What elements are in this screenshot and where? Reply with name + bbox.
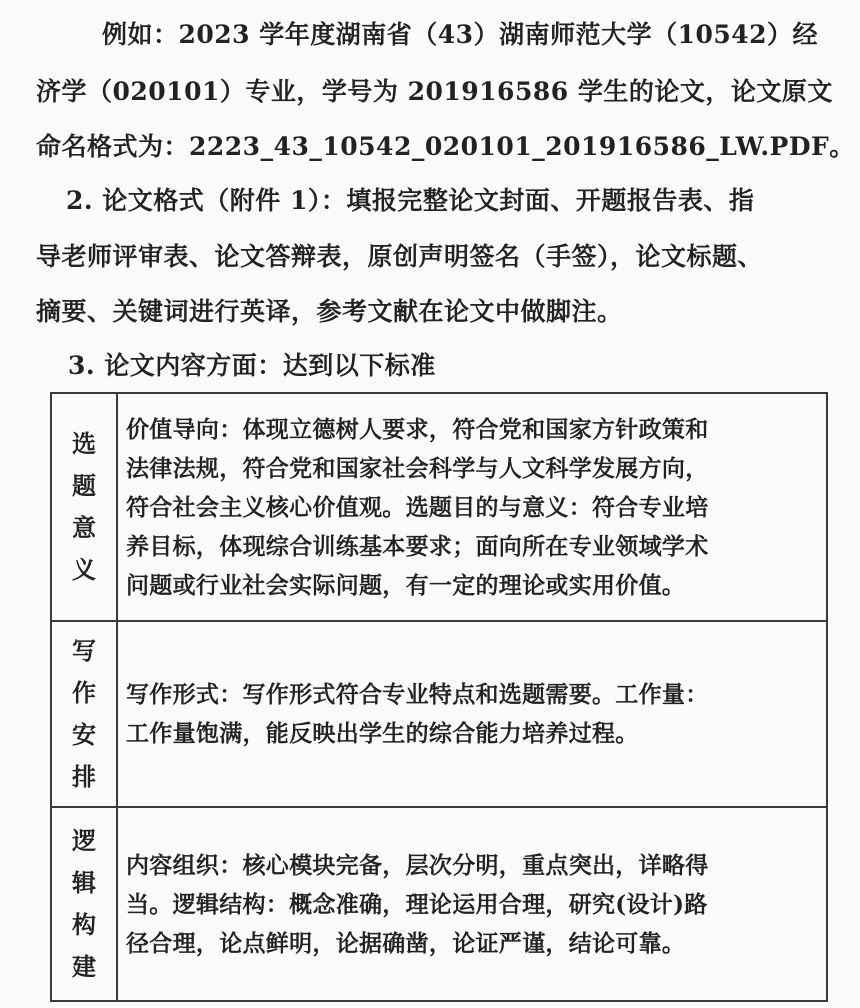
content-line: 价值导向：体现立德树人要求，符合党和国家方针政策和 — [126, 410, 822, 449]
content-line: 当。逻辑结构：概念准确，理论运用合理，研究(设计)路 — [126, 885, 822, 924]
criteria-table: 选 题 意 义 价值导向：体现立德树人要求，符合党和国家方针政策和 法律法规，符… — [50, 392, 828, 1002]
row-content-topic-significance: 价值导向：体现立德树人要求，符合党和国家方针政策和 法律法规，符合党和国家社会科… — [117, 393, 827, 621]
row-content-logical-structure: 内容组织：核心模块完备，层次分明，重点突出，详略得 当。逻辑结构：概念准确，理论… — [117, 807, 827, 1001]
label-char: 逻 — [52, 820, 116, 862]
label-char: 构 — [52, 904, 116, 946]
row-label-writing-arrangement: 写 作 安 排 — [51, 621, 117, 807]
content-standards-heading: 3. 论文内容方面：达到以下标准 — [68, 353, 860, 378]
content-line: 工作量饱满，能反映出学生的综合能力培养过程。 — [126, 714, 822, 753]
content-line: 问题或行业社会实际问题，有一定的理论或实用价值。 — [126, 566, 822, 605]
example-line-1: 例如：2023 学年度湖南省（43）湖南师范大学（10542）经 — [102, 22, 860, 47]
label-char: 写 — [52, 630, 116, 672]
label-char: 题 — [52, 465, 116, 507]
label-char: 安 — [52, 714, 116, 756]
row-label-topic-significance: 选 题 意 义 — [51, 393, 117, 621]
label-char: 辑 — [52, 862, 116, 904]
criteria-row-logical-structure: 逻 辑 构 建 内容组织：核心模块完备，层次分明，重点突出，详略得 当。逻辑结构… — [51, 807, 827, 1001]
label-char: 建 — [52, 946, 116, 988]
content-line: 符合社会主义核心价值观。选题目的与意义：符合专业培 — [126, 488, 822, 527]
format-line-3: 摘要、关键词进行英译，参考文献在论文中做脚注。 — [36, 299, 860, 324]
content-line: 法律法规，符合党和国家社会科学与人文科学发展方向， — [126, 449, 822, 488]
content-line: 内容组织：核心模块完备，层次分明，重点突出，详略得 — [126, 846, 822, 885]
label-char: 作 — [52, 672, 116, 714]
criteria-row-writing-arrangement: 写 作 安 排 写作形式：写作形式符合专业特点和选题需要。工作量： 工作量饱满，… — [51, 621, 827, 807]
content-line: 养目标，体现综合训练基本要求；面向所在专业领域学术 — [126, 527, 822, 566]
label-char: 选 — [52, 423, 116, 465]
example-line-2: 济学（020101）专业，学号为 201916586 学生的论文，论文原文 — [36, 79, 860, 104]
row-label-logical-structure: 逻 辑 构 建 — [51, 807, 117, 1001]
content-line: 径合理，论点鲜明，论据确凿，论证严谨，结论可靠。 — [126, 924, 822, 963]
content-line: 写作形式：写作形式符合专业特点和选题需要。工作量： — [126, 675, 822, 714]
row-content-writing-arrangement: 写作形式：写作形式符合专业特点和选题需要。工作量： 工作量饱满，能反映出学生的综… — [117, 621, 827, 807]
label-char: 排 — [52, 756, 116, 798]
label-char: 义 — [52, 549, 116, 591]
example-line-3: 命名格式为：2223_43_10542_020101_201916586_LW.… — [36, 134, 860, 159]
criteria-row-topic-significance: 选 题 意 义 价值导向：体现立德树人要求，符合党和国家方针政策和 法律法规，符… — [51, 393, 827, 621]
format-line-2: 导老师评审表、论文答辩表，原创声明签名（手签），论文标题、 — [36, 244, 860, 269]
format-line-1: 2. 论文格式（附件 1）：填报完整论文封面、开题报告表、指 — [66, 188, 860, 213]
label-char: 意 — [52, 507, 116, 549]
